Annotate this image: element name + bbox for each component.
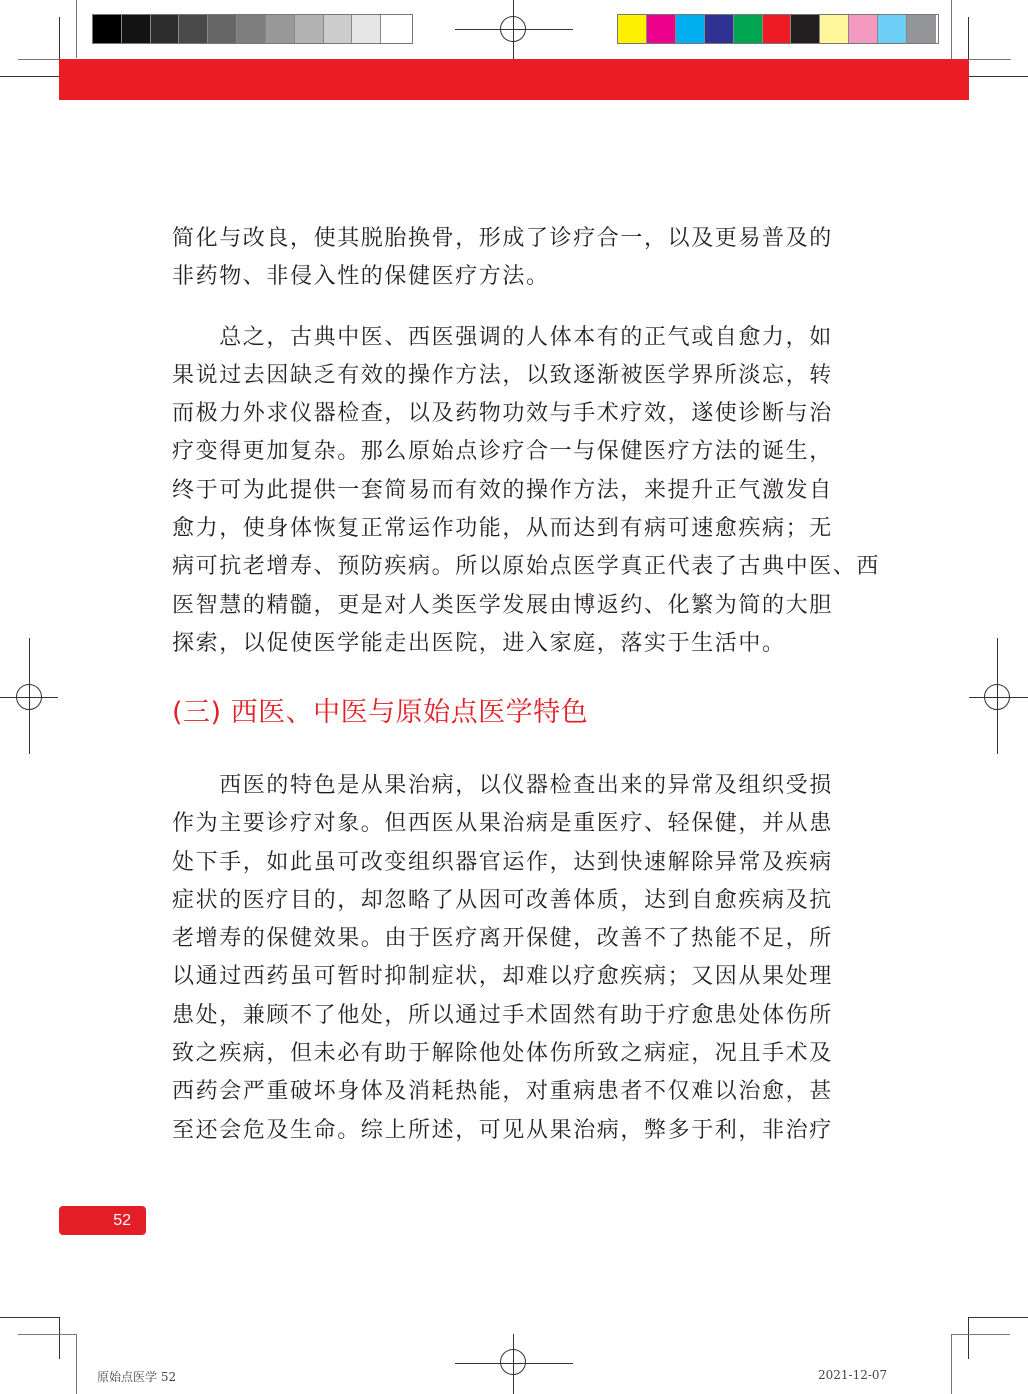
- page-number-badge: 52: [59, 1206, 146, 1235]
- text-line: 西药会严重破坏身体及消耗热能，对重病患者不仅难以治愈，甚: [172, 1073, 862, 1111]
- color-swatch-bar: [617, 14, 939, 44]
- text-line: 老增寿的保健效果。由于医疗离开保健，改善不了热能不足，所: [172, 920, 862, 958]
- color-swatch: [791, 15, 820, 43]
- text-line: 医智慧的精髓，更是对人类医学发展由博返约、化繁为简的大胆: [172, 587, 862, 625]
- text-line: 症状的医疗目的，却忽略了从因可改善体质，达到自愈疾病及抗: [172, 882, 862, 920]
- color-swatch: [705, 15, 734, 43]
- color-swatch: [647, 15, 676, 43]
- text-line: 以通过西药虽可暂时抑制症状，却难以疗愈疾病；又因从果处理: [172, 958, 862, 996]
- section-heading: (三) 西医、中医与原始点医学特色: [172, 690, 588, 729]
- text-line: 疗变得更加复杂。那么原始点诊疗合一与保健医疗方法的诞生，: [172, 433, 862, 471]
- color-swatch: [295, 15, 324, 43]
- grayscale-swatch-bar: [92, 14, 413, 44]
- text-line: 致之疾病，但未必有助于解除他处体伤所致之病症，况且手术及: [172, 1035, 862, 1073]
- paragraph-3: 西医的特色是从果治病，以仪器检查出来的异常及组织受损 作为主要诊疗对象。但西医从…: [172, 767, 862, 1150]
- text-line: 病可抗老增寿、预防疾病。所以原始点医学真正代表了古典中医、西: [172, 548, 862, 586]
- crop-line: [968, 76, 1028, 77]
- color-swatch: [763, 15, 792, 43]
- text-line: 患处，兼顾不了他处，所以通过手术固然有助于疗愈患处体伤所: [172, 997, 862, 1035]
- body-text-bottom: 西医的特色是从果治病，以仪器检查出来的异常及组织受损 作为主要诊疗对象。但西医从…: [172, 767, 862, 1150]
- text-line: 至还会危及生命。综上所述，可见从果治病，弊多于利，非治疗: [172, 1112, 862, 1150]
- color-swatch: [179, 15, 208, 43]
- registration-circle-icon: [500, 1349, 526, 1375]
- color-swatch: [93, 15, 122, 43]
- text-line: 愈力，使身体恢复正常运作功能，从而达到有病可速愈疾病；无: [172, 510, 862, 548]
- color-swatch: [324, 15, 353, 43]
- color-swatch: [820, 15, 849, 43]
- crop-line: [951, 1334, 1010, 1335]
- color-swatch: [208, 15, 237, 43]
- text-line: 总之，古典中医、西医强调的人体本有的正气或自愈力，如: [172, 319, 862, 357]
- text-line: 简化与改良，使其脱胎换骨，形成了诊疗合一，以及更易普及的: [172, 220, 862, 258]
- crop-line: [76, 1334, 77, 1394]
- text-line: 终于可为此提供一套简易而有效的操作方法，来提升正气激发自: [172, 472, 862, 510]
- crop-line: [0, 76, 60, 77]
- registration-circle-icon: [16, 684, 42, 710]
- paragraph-2: 总之，古典中医、西医强调的人体本有的正气或自愈力，如 果说过去因缺乏有效的操作方…: [172, 319, 862, 664]
- text-line: 西医的特色是从果治病，以仪器检查出来的异常及组织受损: [172, 767, 862, 805]
- paragraph-1: 简化与改良，使其脱胎换骨，形成了诊疗合一，以及更易普及的 非药物、非侵入性的保健…: [172, 220, 862, 297]
- header-red-band: [59, 59, 969, 100]
- color-swatch: [237, 15, 266, 43]
- text-line: 作为主要诊疗对象。但西医从果治病是重医疗、轻保健，并从患: [172, 805, 862, 843]
- registration-circle-icon: [500, 16, 526, 42]
- text-line: 果说过去因缺乏有效的操作方法，以致逐渐被医学界所淡忘，转: [172, 357, 862, 395]
- crop-line: [968, 1317, 1028, 1318]
- text-line: 处下手，如此虽可改变组织器官运作，达到快速解除异常及疾病: [172, 844, 862, 882]
- color-swatch: [734, 15, 763, 43]
- text-line: 而极力外求仪器检查，以及药物功效与手术疗效，遂使诊断与治: [172, 395, 862, 433]
- color-swatch: [618, 15, 647, 43]
- body-text-top: 简化与改良，使其脱胎换骨，形成了诊疗合一，以及更易普及的 非药物、非侵入性的保健…: [172, 220, 862, 663]
- crop-line: [968, 1317, 969, 1359]
- footer-date: 2021-12-07: [818, 1368, 887, 1382]
- color-swatch: [907, 15, 936, 43]
- crop-line: [951, 0, 952, 60]
- crop-line: [76, 0, 77, 58]
- color-swatch: [381, 15, 410, 43]
- color-swatch: [878, 15, 907, 43]
- crop-line: [951, 1334, 952, 1394]
- color-swatch: [122, 15, 151, 43]
- crop-line: [59, 1317, 60, 1359]
- color-swatch: [676, 15, 705, 43]
- color-swatch: [151, 15, 180, 43]
- registration-circle-icon: [984, 684, 1010, 710]
- text-line: 非药物、非侵入性的保健医疗方法。: [172, 258, 862, 296]
- color-swatch: [849, 15, 878, 43]
- footer-file-label: 原始点医学 52: [97, 1368, 176, 1385]
- color-swatch: [266, 15, 295, 43]
- crop-line: [18, 1334, 77, 1335]
- text-line: 探索，以促使医学能走出医院，进入家庭，落实于生活中。: [172, 625, 862, 663]
- crop-line: [0, 1317, 59, 1318]
- color-swatch: [352, 15, 381, 43]
